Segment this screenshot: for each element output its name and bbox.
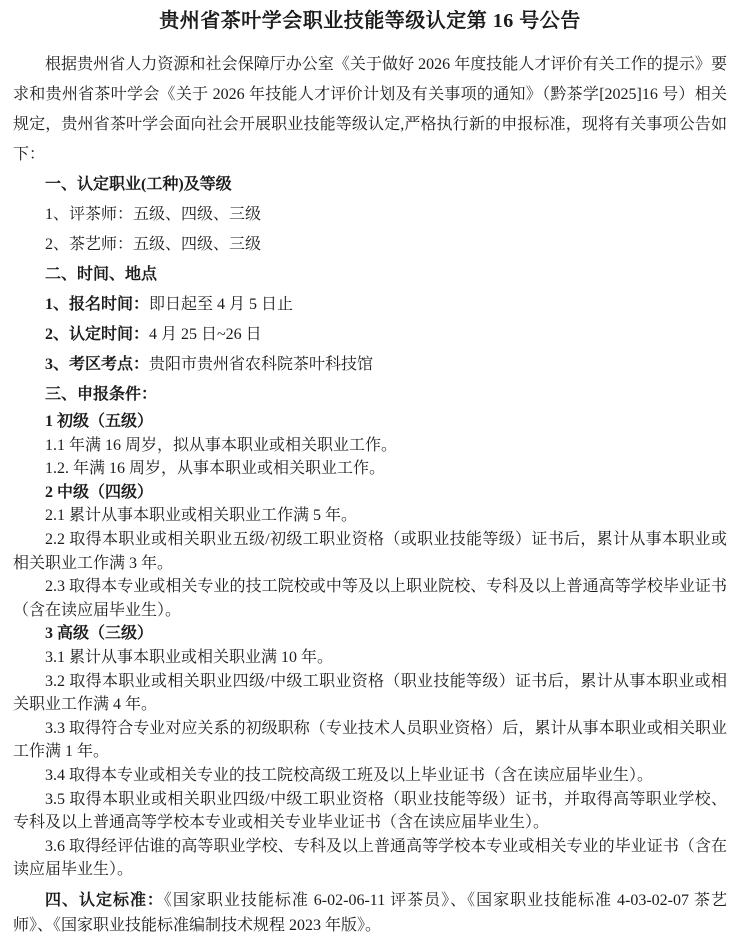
condition-paragraph: 2.3 取得本专业或相关专业的技工院校或中等及以上职业院校、专科及以上普通高等学… [13, 575, 727, 622]
condition-paragraph: 2.1 累计从事本职业或相关职业工作满 5 年。 [13, 504, 727, 528]
item-label: 四、认定标准： [45, 892, 164, 909]
item-text: 即日起至 4 月 5 日止 [149, 296, 293, 313]
item-label: 3、考区考点： [45, 356, 149, 373]
announcement-page: 贵州省茶叶学会职业技能等级认定第 16 号公告 根据贵州省人力资源和社会保障厅办… [0, 0, 740, 941]
item-label: 2、认定时间： [45, 326, 149, 343]
item-text: 4 月 25 日~26 日 [149, 326, 262, 343]
section-heading: 三、申报条件： [13, 380, 727, 410]
condition-paragraph: 3.6 取得经评估谁的高等职业学校、专科及以上普通高等学校本专业或相关专业的毕业… [13, 835, 727, 882]
sub-heading: 1 初级（五级） [13, 410, 727, 434]
labeled-item: 1、报名时间：即日起至 4 月 5 日止 [13, 290, 727, 320]
item-label: 1、报名时间： [45, 296, 149, 313]
condition-paragraph: 1.1 年满 16 周岁，拟从事本职业或相关职业工作。 [13, 434, 727, 458]
condition-paragraph: 1.2. 年满 16 周岁，从事本职业或相关职业工作。 [13, 457, 727, 481]
section-heading: 二、时间、地点 [13, 260, 727, 290]
document-body: 根据贵州省人力资源和社会保障厅办公室《关于做好 2026 年度技能人才评价有关工… [13, 50, 727, 938]
sub-heading: 3 高级（三级） [13, 622, 727, 646]
condition-paragraph: 3.1 累计从事本职业或相关职业满 10 年。 [13, 646, 727, 670]
list-item: 1、评茶师：五级、四级、三级 [13, 200, 727, 230]
labeled-paragraph: 四、认定标准：《国家职业技能标准 6-02-06-11 评茶员》、《国家职业技能… [13, 888, 727, 938]
list-item: 2、茶艺师：五级、四级、三级 [13, 230, 727, 260]
item-text: 贵阳市贵州省农科院茶叶科技馆 [149, 356, 373, 373]
condition-paragraph: 3.5 取得本职业或相关职业四级/中级工职业资格（职业技能等级）证书，并取得高等… [13, 788, 727, 835]
sub-heading: 2 中级（四级） [13, 481, 727, 505]
document-title: 贵州省茶叶学会职业技能等级认定第 16 号公告 [13, 6, 727, 36]
condition-paragraph: 3.4 取得本专业或相关专业的技工院校高级工班及以上毕业证书（含在读应届毕业生）… [13, 764, 727, 788]
labeled-item: 2、认定时间：4 月 25 日~26 日 [13, 320, 727, 350]
intro-paragraph: 根据贵州省人力资源和社会保障厅办公室《关于做好 2026 年度技能人才评价有关工… [13, 50, 727, 170]
condition-paragraph: 2.2 取得本职业或相关职业五级/初级工职业资格（或职业技能等级）证书后，累计从… [13, 528, 727, 575]
labeled-item: 3、考区考点：贵阳市贵州省农科院茶叶科技馆 [13, 350, 727, 380]
condition-paragraph: 3.2 取得本职业或相关职业四级/中级工职业资格（职业技能等级）证书后，累计从事… [13, 670, 727, 717]
condition-paragraph: 3.3 取得符合专业对应关系的初级职称（专业技术人员职业资格）后，累计从事本职业… [13, 717, 727, 764]
section-heading: 一、认定职业(工种)及等级 [13, 170, 727, 200]
